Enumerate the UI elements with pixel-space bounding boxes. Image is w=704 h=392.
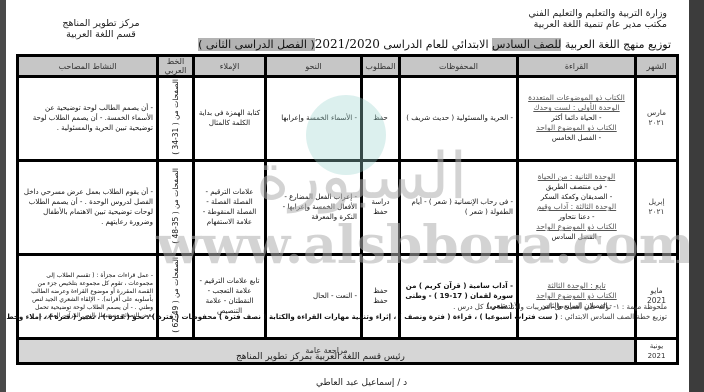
required-cell: حفظ [362,77,400,161]
memorization-cell: - الحرية والمسئولية ( حديث شريف ) [400,77,518,161]
reading-book: الكتاب ذو الموضوعات المتعددة [522,93,631,103]
note-prefix: توزيع خطة الصف السادس الابتدائي : [558,313,667,321]
dictation-cell: كتابة الهمزة فى بداية الكلمة كالمثال [194,77,266,161]
reading-unit: الوحدة الثالثة : آداب وقيم [522,202,631,212]
center-name: مركز تطوير المناهج [36,18,166,29]
calligraphy-pages: الصفحات من ( 49-62 ) [171,257,181,333]
table-header-row: الشهر القراءة المحفوظات المطلوب النحو ال… [18,56,678,77]
scrollbar[interactable] [689,0,704,392]
month-cell: يونية 2021 [636,338,678,363]
reading-lesson: - فى منتصف الطريق [522,182,631,192]
title-part: الابتدائي للعام الدراسى [380,38,492,51]
reading-lesson: - الفصل السادس [522,232,631,242]
header-activity: النشاط المصاحب [18,56,158,77]
document-page: وزارة التربية والتعليم والتعليم الفني مك… [6,0,689,392]
signature-name: د / إسماعيل عبد العاطي [316,378,407,388]
header-dictation: الإملاء [194,56,266,77]
reading-cell: تابع : الوحدة الثالثة الكتاب ذو الموضوع … [518,254,636,338]
reading-lesson: - الحياة دائما أكثر [522,113,631,123]
grammar-cell: - الأسماء الخمسة وإعرابها [266,77,362,161]
center-header: مركز تطوير المناهج قسم اللغة العربية [36,18,166,40]
calligraphy-cell: الصفحات من ( 31-34 ) [158,77,194,161]
ministry-header: وزارة التربية والتعليم والتعليم الفني مك… [528,8,667,30]
required-cell: دراسة حفظ [362,160,400,254]
header-required: المطلوب [362,56,400,77]
note-line-1: ملحوظة مهمة : ١- نؤكد علي أهمية حل التدر… [453,303,667,311]
calligraphy-pages: الصفحات من ( 35-48 ) [171,168,181,244]
memorization-cell: - فى رحاب الإنسانية ( شعر ) - أيام الطفو… [400,160,518,254]
header-month: الشهر [636,56,678,77]
dictation-cell: تابع علامات الترقيم - علامة التعجب - الن… [194,254,266,338]
header-calligraphy: الخط العربي [158,56,194,77]
reading-lesson: - الصديقان وكعكة السكر [522,192,631,202]
reading-book: الكتاب ذو الموضوع الواحد [522,291,631,301]
semester-label: ( الفصل الدراسى الثانى ) [198,38,315,51]
note-line-2: توزيع خطة الصف السادس الابتدائي : ( ست ف… [6,313,667,321]
title-highlight: للصف السادس [492,38,561,51]
reading-cell: الكتاب ذو الموضوعات المتعددة الوحدة الأو… [518,77,636,161]
school-year: 2021/2020 [315,37,380,51]
grammar-cell: - إعراب الفعل المضارع - الأفعال الخمسة و… [266,160,362,254]
activity-cell: - أن يصمم الطالب لوحة توضيحية عن الأسماء… [18,77,158,161]
office-name: مكتب مدير عام تنمية اللغة العربية [528,19,667,30]
reading-unit: تابع : الوحدة الثالثة [522,281,631,291]
department-name: قسم اللغة العربية [36,29,166,40]
reading-book: الكتاب ذو الموضوع الواحد [522,222,631,232]
header-reading: القراءة [518,56,636,77]
month-cell: مايو 2021 [636,254,678,338]
table-row: مايو 2021 تابع : الوحدة الثالثة الكتاب ذ… [18,254,678,338]
header-memorization: المحفوظات [400,56,518,77]
signature-title: رئيس قسم اللغة العربية بمركز تطوير المنا… [236,352,405,362]
title-part: توزيع منهج اللغة العربية [561,38,671,51]
required-cell: حفظ حفظ [362,254,400,338]
activity-cell: - عمل قراءات مجزأة : ( تقسم الطلاب إلى م… [18,254,158,338]
reading-cell: الوحدة الثانية : من الحياة - فى منتصف ال… [518,160,636,254]
reading-unit: الوحدة الثانية : من الحياة [522,172,631,182]
table-row: مارس ٢٠٢١ الكتاب ذو الموضوعات المتعددة ا… [18,77,678,161]
reading-lesson: - الفصل الخامس [522,133,631,143]
table-row: إبريل ٢٠٢١ الوحدة الثانية : من الحياة - … [18,160,678,254]
document-title: توزيع منهج اللغة العربية للصف السادس الا… [198,37,671,51]
reading-lesson: - دعنا نتحاور [522,212,631,222]
grammar-cell: - النعت - الحال [266,254,362,338]
header-grammar: النحو [266,56,362,77]
dictation-cell: علامات الترقيم - الفصلة الفصلة - الفصلة … [194,160,266,254]
calligraphy-cell: الصفحات من ( 49-62 ) [158,254,194,338]
reading-book: الكتاب ذو الموضوع الواحد [522,123,631,133]
note-periods: ( ست فترات أسبوعيا ) ، قراءة ( فترة ونصف… [6,313,558,321]
month-cell: إبريل ٢٠٢١ [636,160,678,254]
month-cell: مارس ٢٠٢١ [636,77,678,161]
memorization-cell: - آداب سامية ( قرآن كريم ) من سورة لقمان… [400,254,518,338]
activity-cell: - أن يقوم الطلاب بعمل عرض مسرحي داخل الف… [18,160,158,254]
calligraphy-pages: الصفحات من ( 31-34 ) [171,79,181,155]
ministry-name: وزارة التربية والتعليم والتعليم الفني [528,8,667,19]
reading-unit: الوحدة الأولى : لست وحدك [522,103,631,113]
calligraphy-cell: الصفحات من ( 35-48 ) [158,160,194,254]
